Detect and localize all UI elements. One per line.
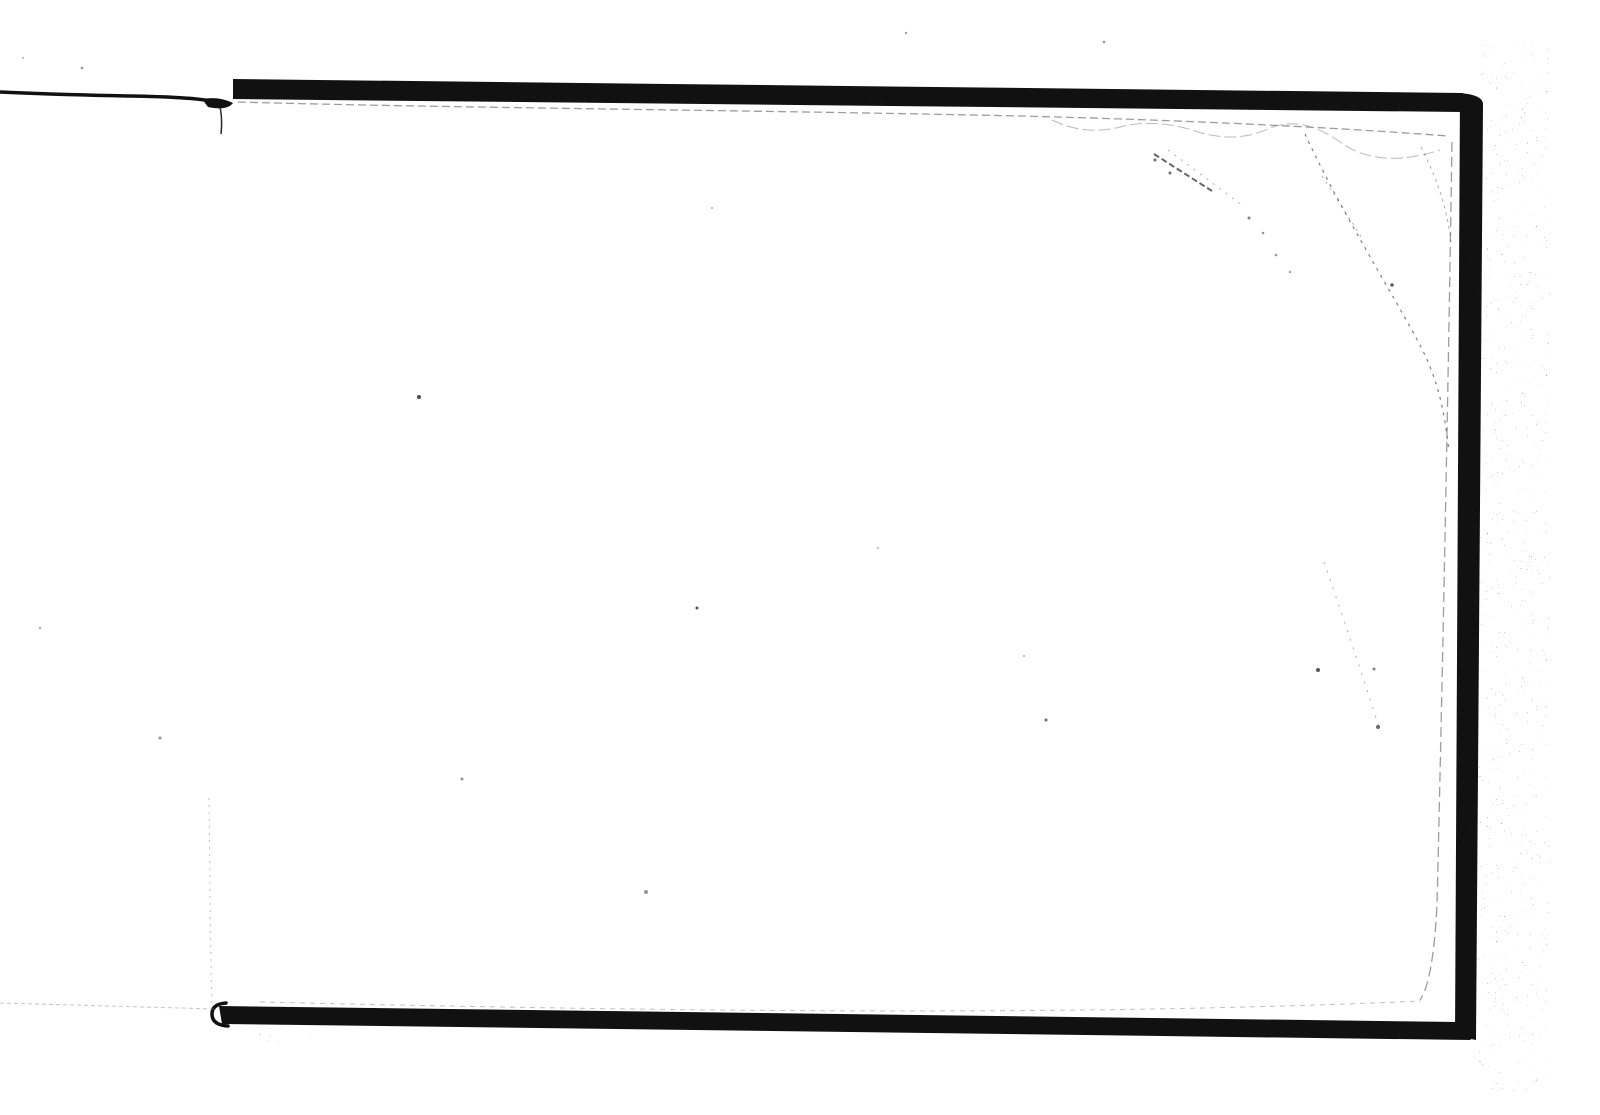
ink-speck <box>1316 668 1320 672</box>
scan-canvas <box>0 0 1600 1115</box>
ink-speck <box>1045 719 1048 722</box>
ink-speck <box>417 395 421 399</box>
ink-speck <box>39 627 41 629</box>
ink-speck <box>696 607 699 610</box>
ink-speck <box>1373 668 1376 671</box>
ink-speck <box>159 737 162 740</box>
right-margin-speckle <box>1482 88 1546 1044</box>
crease-zone-speckle <box>1125 145 1445 465</box>
ink-speck <box>1169 172 1172 175</box>
ink-speck <box>711 207 713 209</box>
ink-speck <box>1103 41 1106 44</box>
speckle-noise <box>0 0 1600 1115</box>
ink-speck <box>22 57 24 59</box>
ink-speck <box>1154 159 1157 162</box>
ink-speck <box>461 778 464 781</box>
ink-speck <box>644 890 648 894</box>
ink-speck <box>1376 725 1380 729</box>
ink-speck <box>877 547 879 549</box>
ink-speck <box>905 32 907 34</box>
ink-speck <box>1023 655 1025 657</box>
ink-speck <box>1275 254 1278 257</box>
ink-speck <box>81 67 84 70</box>
ink-speck <box>1262 232 1265 235</box>
scanned-page <box>0 0 1600 1115</box>
right-margin-speckle-fade <box>1544 110 1570 990</box>
ink-speck <box>1248 217 1251 220</box>
bottom-left-gray-band <box>0 992 218 1016</box>
ink-speck <box>1390 283 1394 287</box>
ink-speck <box>1289 271 1291 273</box>
